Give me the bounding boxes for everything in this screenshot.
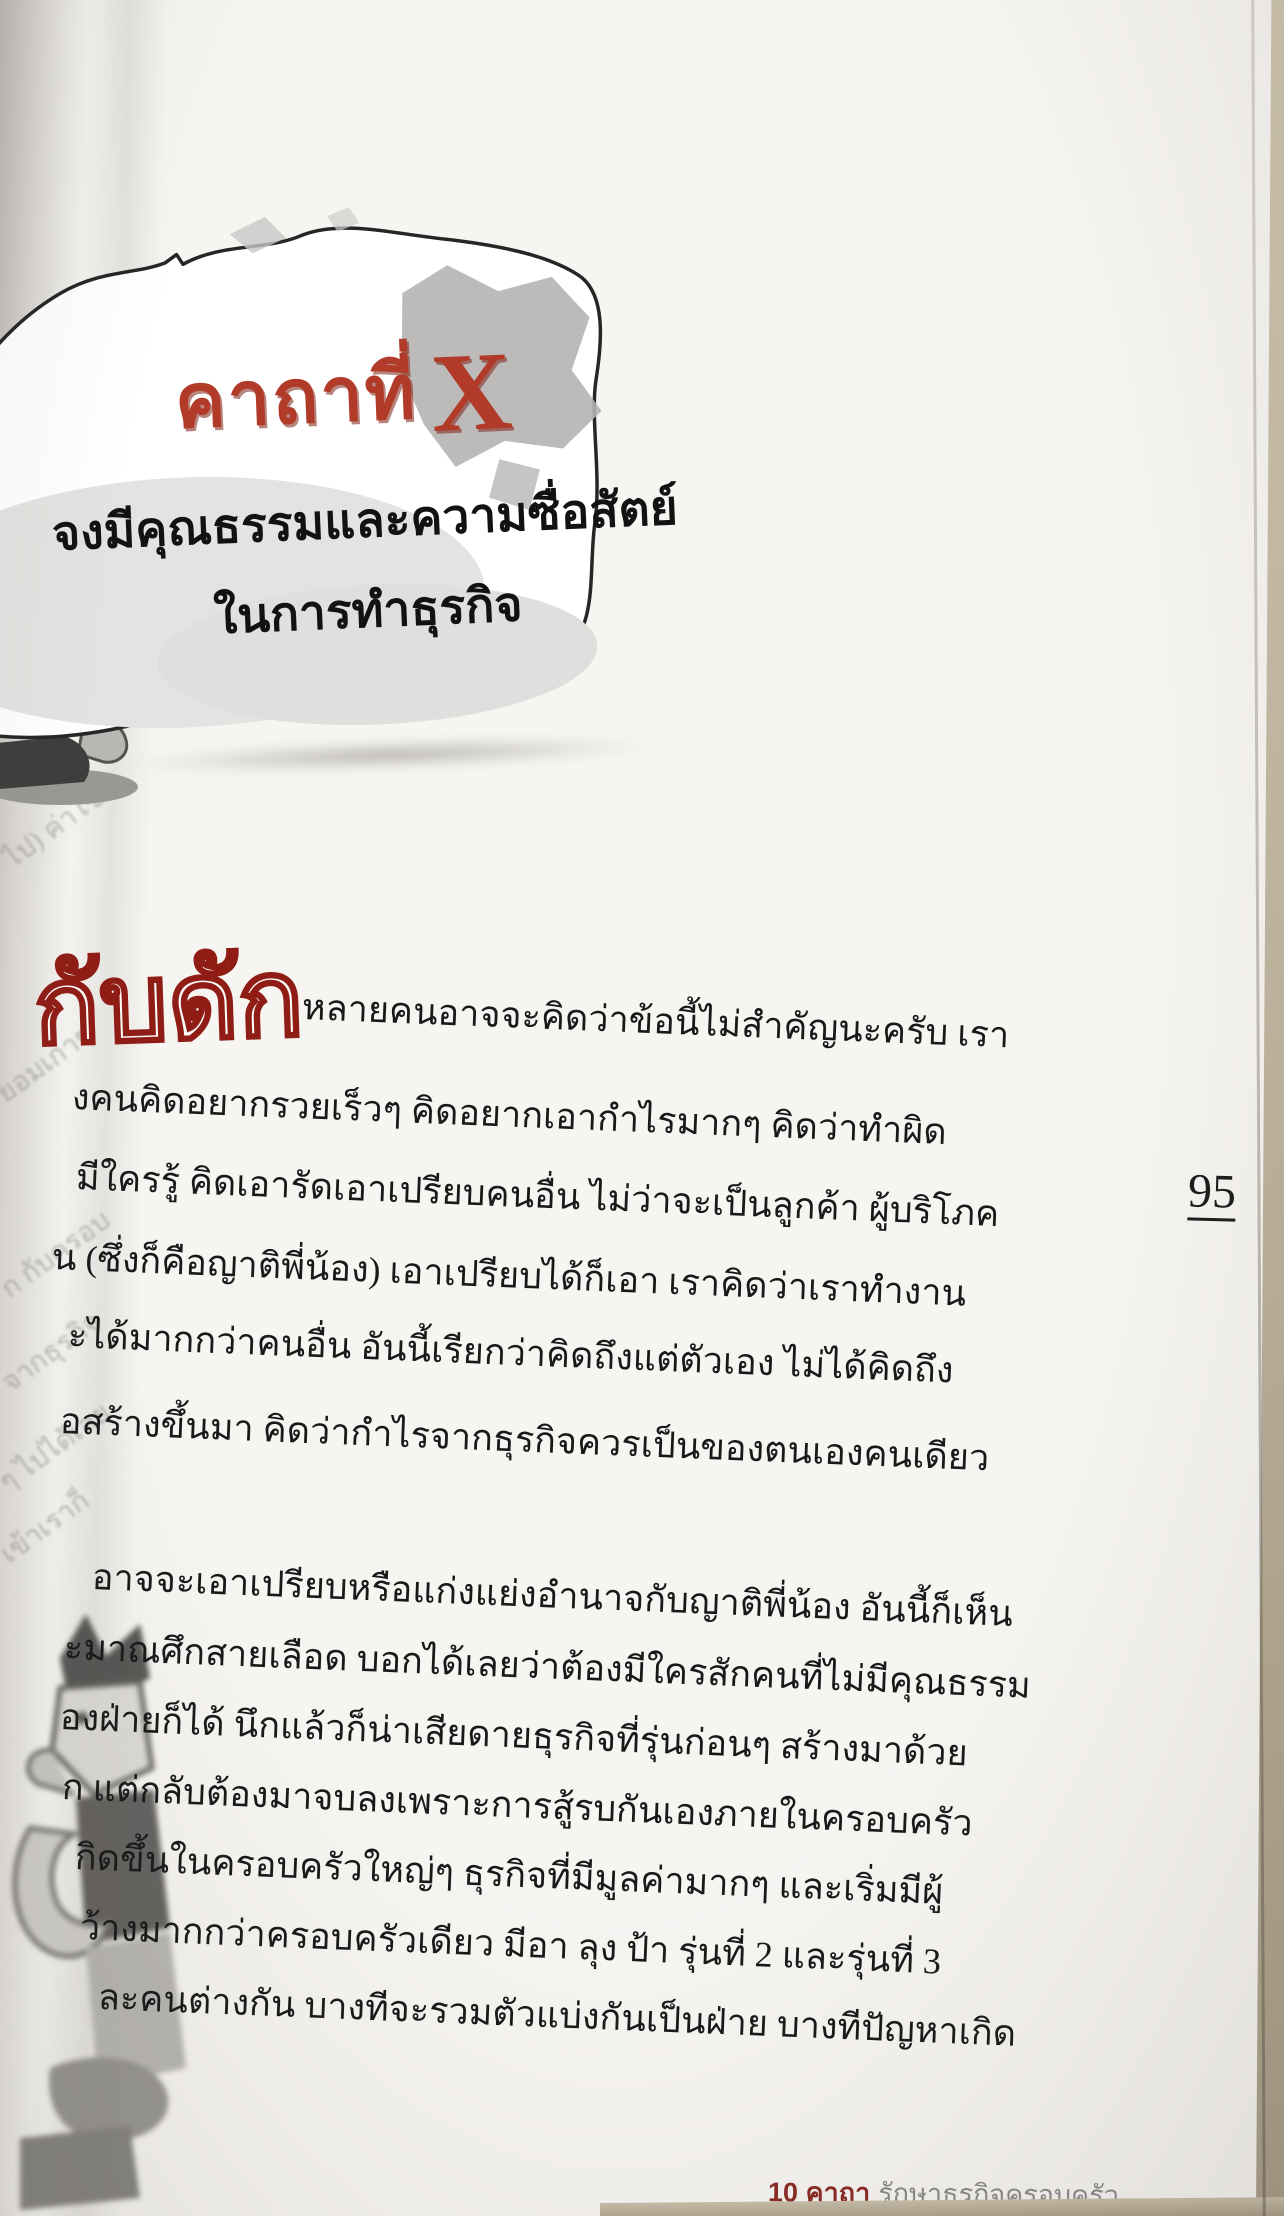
section-heading: กับดัก [31, 911, 306, 1092]
book-page-edge-bottom [600, 2197, 1284, 2216]
body-line: หลายคนอาจจะคิดว่าข้อนี้ไม่สำคัญนะครับ เร… [301, 978, 1010, 1063]
chapter-title-box: คาถาที่X จงมีคุณธรรมและความซื่อสัตย์ ในก… [0, 154, 653, 803]
book-page-photo: ตรงนั้ ากการติด โยชน์เอ ไป) ค่าใช้ ยอมเก… [0, 0, 1284, 2216]
page-number: 95 [1187, 1167, 1236, 1221]
chapter-subtitle-line2: ในการทำธุรกิจ [212, 566, 524, 655]
chapter-title: คาถาที่X [172, 327, 514, 470]
chapter-title-thai: คาถาที่ [173, 350, 419, 445]
chapter-title-numeral: X [428, 329, 514, 456]
